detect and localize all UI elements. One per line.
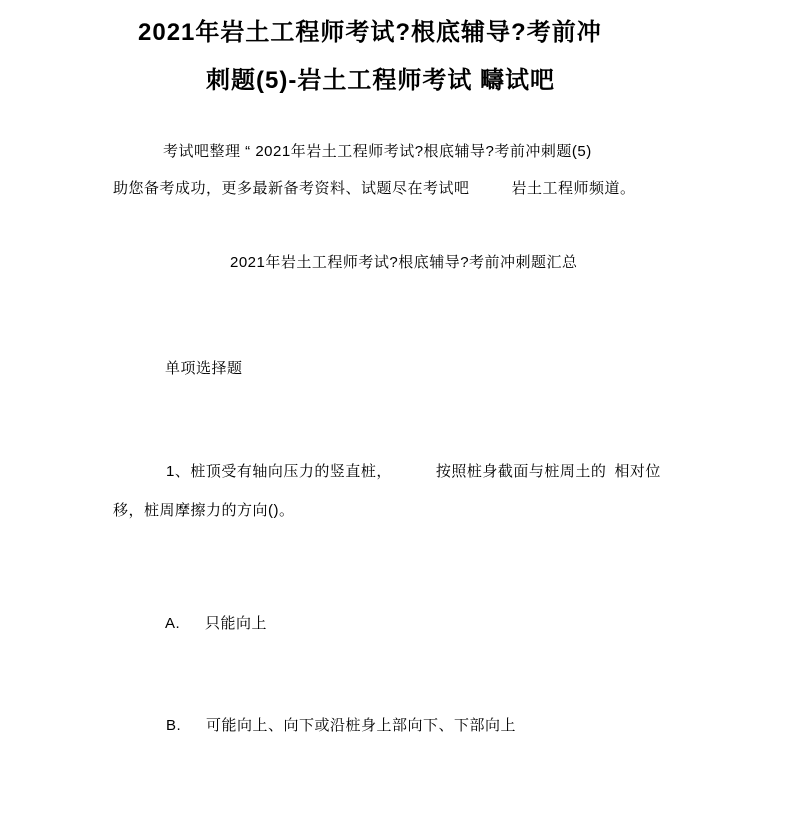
section-heading: 单项选择题 <box>165 361 243 376</box>
question-line1-part3: 相对位 <box>614 463 661 480</box>
question-line1-part2: 按照桩身截面与桩周土的 <box>436 463 607 480</box>
option-a-text: 只能向上 <box>205 615 267 632</box>
intro-paragraph-line2: 助您备考成功，更多最新备考资料、试题尽在考试吧岩土工程师频道。 <box>113 181 636 196</box>
option-a-row: A.只能向上 <box>165 616 267 631</box>
summary-line: 2021年岩土工程师考试?根底辅导?考前冲刺题汇总 <box>230 255 578 270</box>
option-b-row: B.可能向上、向下或沿桩身上部向下、下部向上 <box>166 718 516 733</box>
intro-paragraph-line1: 考试吧整理 “ 2021年岩土工程师考试?根底辅导?考前冲刺题(5) <box>163 144 592 159</box>
question-line2: 移，桩周摩擦力的方向()。 <box>113 503 295 518</box>
option-b-letter: B. <box>166 718 206 733</box>
intro-line2-right: 岩土工程师频道。 <box>512 180 636 197</box>
document-title-line1: 2021年岩土工程师考试?根底辅导?考前冲 <box>138 21 602 45</box>
document-title-line2: 刺题(5)-岩土工程师考试 疇试吧 <box>206 69 555 93</box>
question-line1: 1、桩顶受有轴向压力的竖直桩，按照桩身截面与桩周土的相对位 <box>166 464 661 479</box>
option-a-letter: A. <box>165 616 205 631</box>
question-line1-part1: 1、桩顶受有轴向压力的竖直桩， <box>166 463 392 480</box>
option-b-text: 可能向上、向下或沿桩身上部向下、下部向上 <box>206 717 516 734</box>
intro-line2-left: 助您备考成功，更多最新备考资料、试题尽在考试吧 <box>113 180 470 197</box>
document-page: 2021年岩土工程师考试?根底辅导?考前冲 刺题(5)-岩土工程师考试 疇试吧 … <box>0 0 800 817</box>
